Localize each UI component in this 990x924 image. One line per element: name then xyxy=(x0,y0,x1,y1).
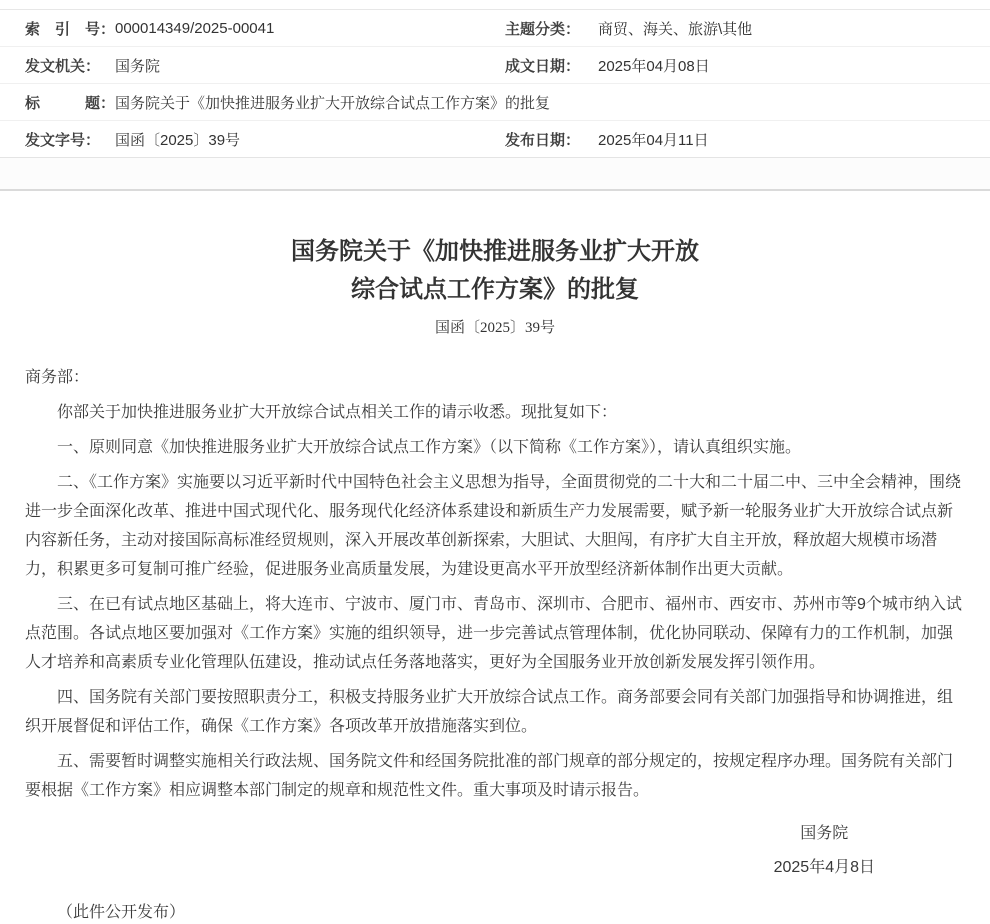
meta-cell-publish-date: 发布日期： 2025年04月11日 xyxy=(505,129,990,150)
meta-cell-doc-no: 发文字号： 国函〔2025〕39号 xyxy=(0,129,505,150)
meta-row-title: 标 题： 国务院关于《加快推进服务业扩大开放综合试点工作方案》的批复 xyxy=(0,84,990,121)
issuing-agency-label: 发文机关： xyxy=(25,55,115,76)
document-meta-table: 索 引 号： 000014349/2025-00041 主题分类： 商贸、海关、… xyxy=(0,9,990,158)
signature-inner: 国务院 2025年4月8日 xyxy=(774,817,875,885)
paragraph-item-1: 一、原则同意《加快推进服务业扩大开放综合试点工作方案》（以下简称《工作方案》），… xyxy=(25,433,965,462)
index-number-value: 000014349/2025-00041 xyxy=(115,20,274,37)
meta-row-docno-publish: 发文字号： 国函〔2025〕39号 发布日期： 2025年04月11日 xyxy=(0,121,990,158)
publish-date-value: 2025年04月11日 xyxy=(598,129,709,150)
paragraph-item-3: 三、在已有试点地区基础上，将大连市、宁波市、厦门市、青岛市、深圳市、合肥市、福州… xyxy=(25,590,965,677)
document-content-card: 国务院关于《加快推进服务业扩大开放 综合试点工作方案》的批复 国函〔2025〕3… xyxy=(0,189,990,920)
document-title: 国务院关于《加快推进服务业扩大开放 综合试点工作方案》的批复 xyxy=(25,233,965,309)
paragraph-intro: 你部关于加快推进服务业扩大开放综合试点相关工作的请示收悉。现批复如下： xyxy=(25,398,965,427)
doc-title-value: 国务院关于《加快推进服务业扩大开放综合试点工作方案》的批复 xyxy=(115,92,550,113)
paragraph-item-2: 二、《工作方案》实施要以习近平新时代中国特色社会主义思想为指导，全面贯彻党的二十… xyxy=(25,468,965,584)
publish-date-label: 发布日期： xyxy=(505,129,598,150)
meta-cell-written-date: 成文日期： 2025年04月08日 xyxy=(505,55,990,76)
written-date-value: 2025年04月08日 xyxy=(598,55,710,76)
signature-block: 国务院 2025年4月8日 xyxy=(25,817,965,885)
document-body: 商务部： 你部关于加快推进服务业扩大开放综合试点相关工作的请示收悉。现批复如下：… xyxy=(25,363,965,805)
paragraph-item-5: 五、需要暂时调整实施相关行政法规、国务院文件和经国务院批准的部门规章的部分规定的… xyxy=(25,747,965,805)
document-number: 国函〔2025〕39号 xyxy=(25,316,965,337)
doc-title-label: 标 题： xyxy=(25,92,115,113)
public-release-footnote: （此件公开发布） xyxy=(25,899,965,922)
meta-row-index-topic: 索 引 号： 000014349/2025-00041 主题分类： 商贸、海关、… xyxy=(0,10,990,47)
meta-cell-title: 标 题： 国务院关于《加快推进服务业扩大开放综合试点工作方案》的批复 xyxy=(0,92,990,113)
document-title-line2: 综合试点工作方案》的批复 xyxy=(25,271,965,309)
meta-row-agency-date: 发文机关： 国务院 成文日期： 2025年04月08日 xyxy=(0,47,990,84)
meta-cell-index: 索 引 号： 000014349/2025-00041 xyxy=(0,18,505,39)
meta-cell-agency: 发文机关： 国务院 xyxy=(0,55,505,76)
issuing-agency-value: 国务院 xyxy=(115,55,160,76)
topic-category-label: 主题分类： xyxy=(505,18,598,39)
signature-date: 2025年4月8日 xyxy=(774,851,875,885)
signature-name: 国务院 xyxy=(774,817,875,851)
written-date-label: 成文日期： xyxy=(505,55,598,76)
document-title-line1: 国务院关于《加快推进服务业扩大开放 xyxy=(25,233,965,271)
doc-number-label: 发文字号： xyxy=(25,129,115,150)
paragraph-item-4: 四、国务院有关部门要按照职责分工，积极支持服务业扩大开放综合试点工作。商务部要会… xyxy=(25,683,965,741)
meta-cell-topic: 主题分类： 商贸、海关、旅游\其他 xyxy=(505,18,990,39)
topic-category-value: 商贸、海关、旅游\其他 xyxy=(598,18,752,39)
doc-number-value: 国函〔2025〕39号 xyxy=(115,129,240,150)
salutation: 商务部： xyxy=(25,363,965,392)
index-number-label: 索 引 号： xyxy=(25,18,115,39)
separator-band xyxy=(0,158,990,189)
